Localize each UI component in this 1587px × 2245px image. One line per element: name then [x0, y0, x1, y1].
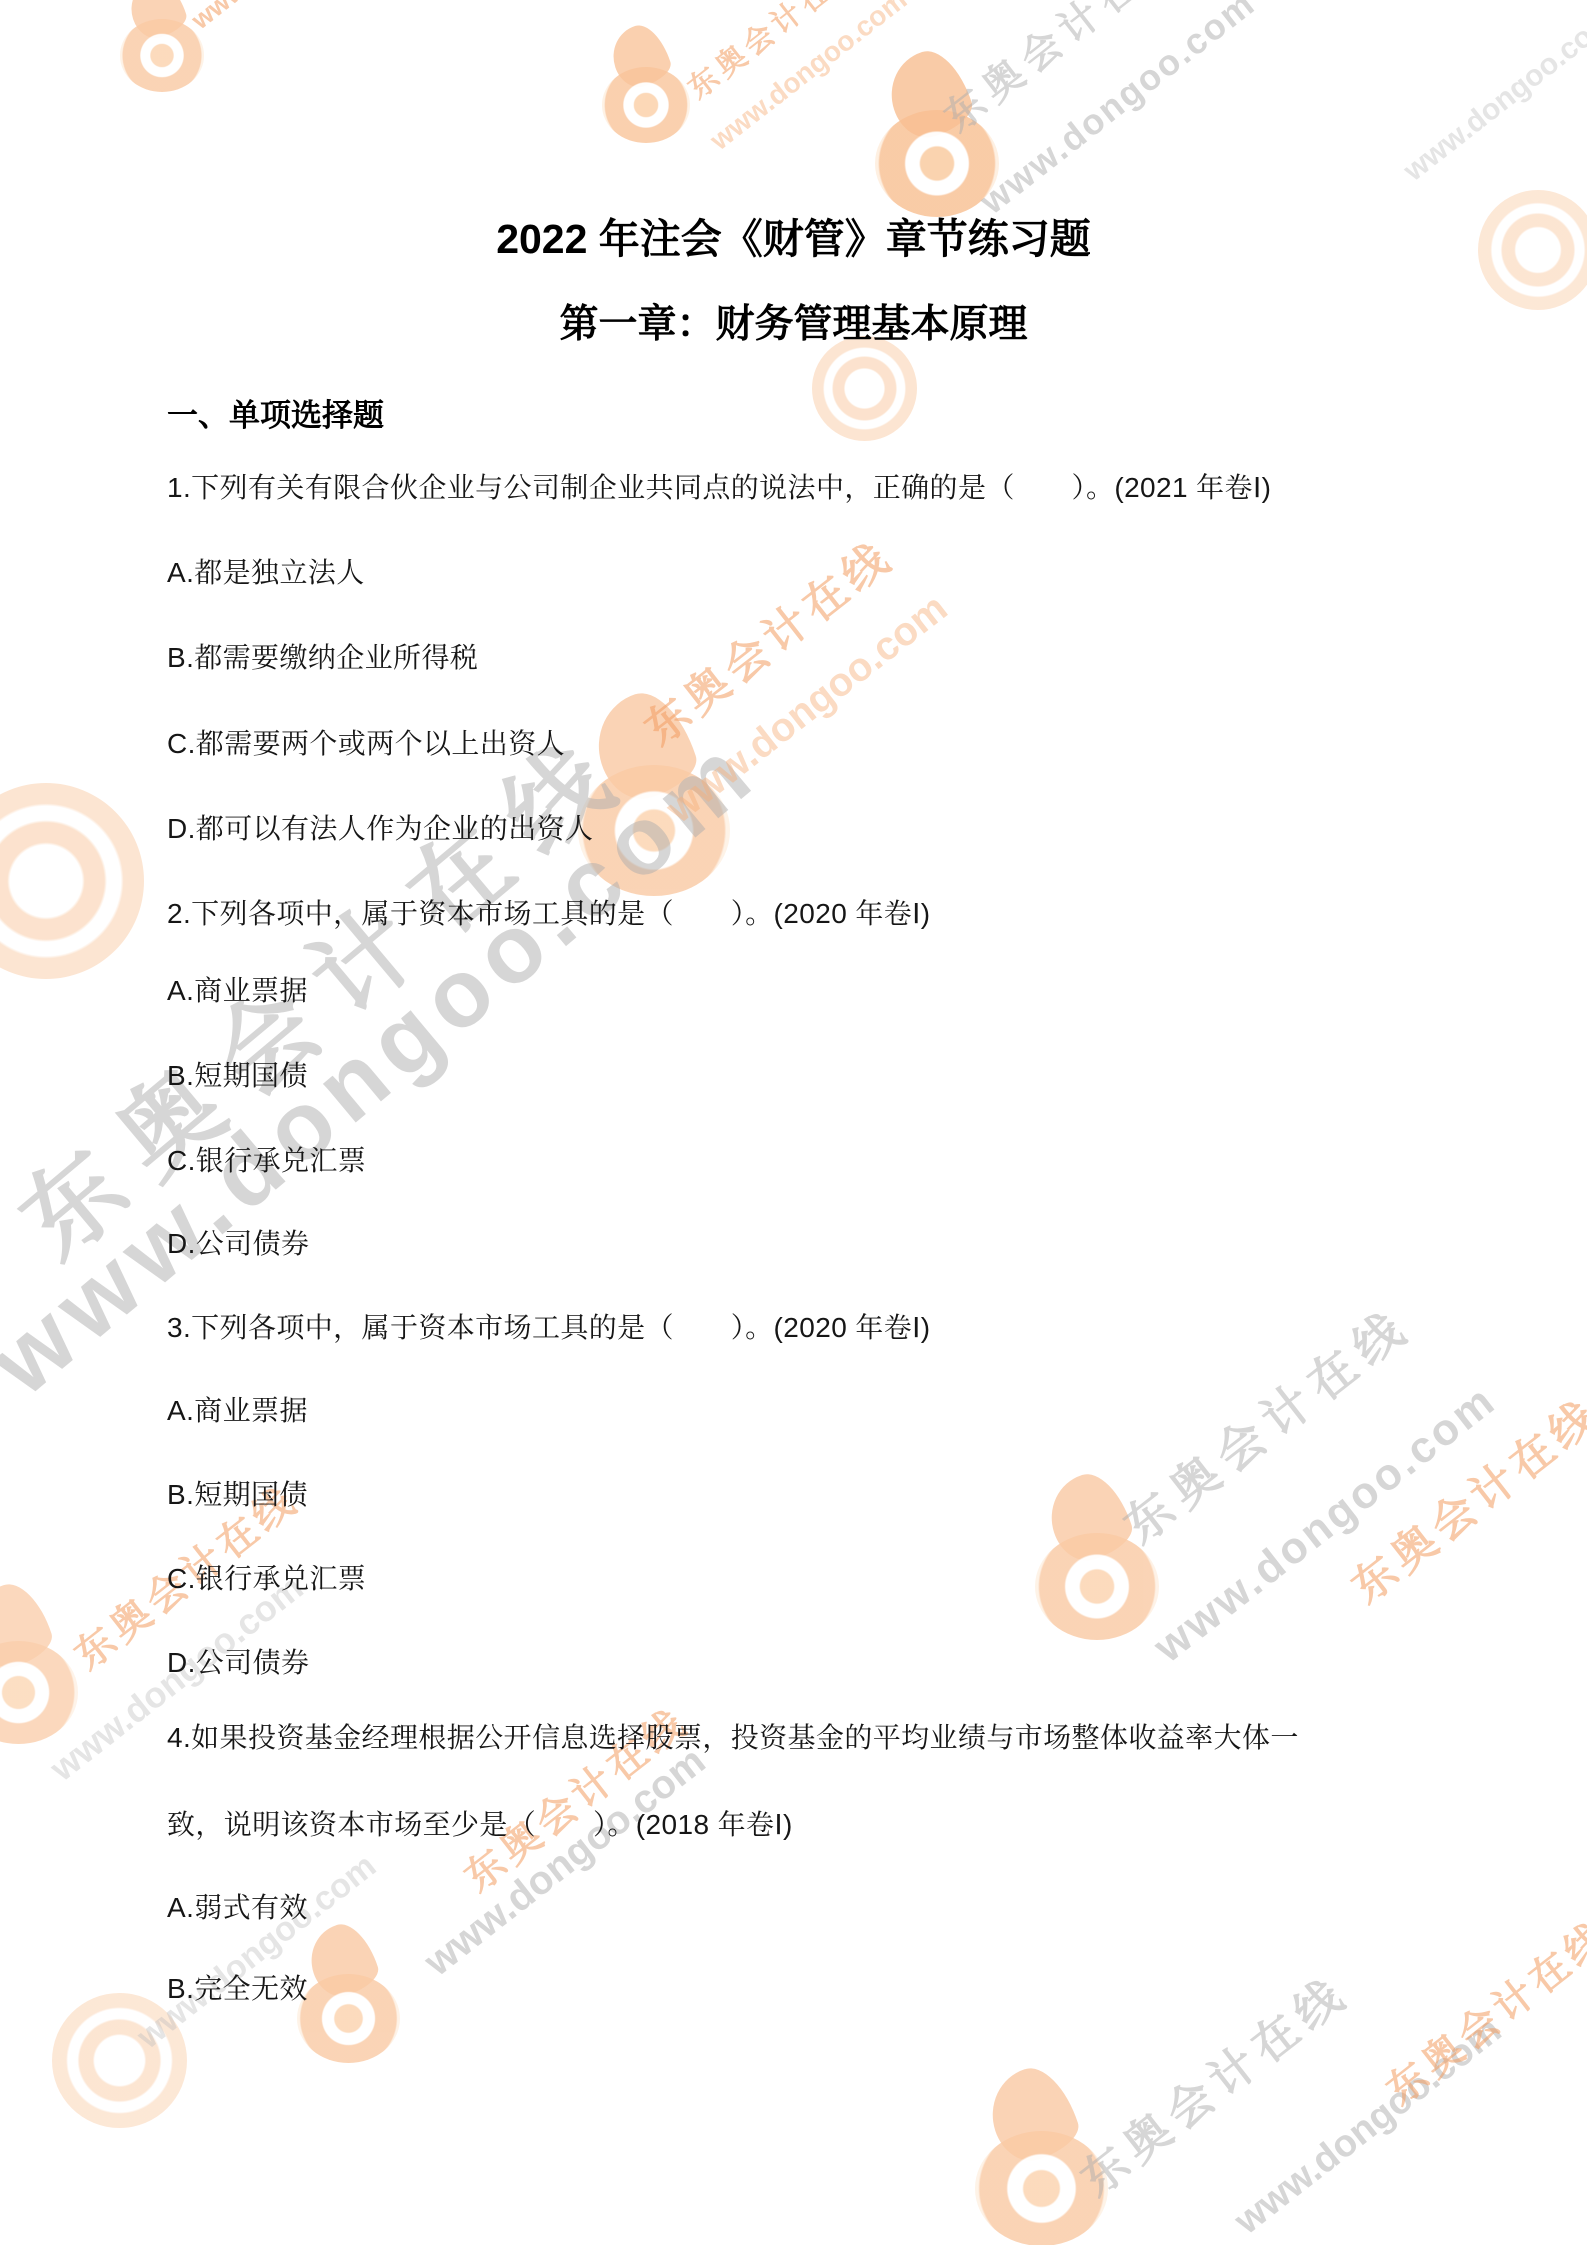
question-1-option-c: C.都需要两个或两个以上出资人 — [167, 722, 565, 762]
question-2-option-b: B.短期国债 — [167, 1054, 308, 1094]
dongao-logo-watermark — [295, 1928, 407, 2063]
section-heading: 一、单项选择题 — [167, 390, 384, 435]
exam-title: 2022 年注会《财管》章节练习题 — [0, 206, 1587, 265]
dongao-logo-watermark — [812, 336, 917, 441]
question-3-option-c: C.银行承兑汇票 — [167, 1557, 366, 1597]
question-2-option-c: C.银行承兑汇票 — [167, 1139, 366, 1179]
question-3-option-a: A.商业票据 — [167, 1389, 308, 1429]
dongao-logo-watermark — [600, 28, 696, 143]
document-page: www.dongoo.com 东奥会计在线 www.dongoo.com 东奥会… — [0, 0, 1587, 2245]
question-3-option-b: B.短期国债 — [167, 1473, 308, 1513]
watermark-brand-text: 东奥会计在线 — [1107, 1288, 1424, 1557]
chapter-heading: 第一章：财务管理基本原理 — [0, 293, 1587, 349]
dongao-logo-watermark — [0, 1588, 86, 1744]
question-1-option-d: D.都可以有法人作为企业的出资人 — [167, 807, 593, 847]
watermark-brand-text: 东奥会计在线 — [1372, 1905, 1587, 2116]
question-1-option-b: B.都需要缴纳企业所得税 — [167, 636, 478, 676]
question-1-stem: 1.下列有关有限合伙企业与公司制企业共同点的说法中，正确的是（ ）。(2021 … — [167, 466, 1271, 506]
question-4-option-b: B.完全无效 — [167, 1967, 308, 2007]
question-2-option-a: A.商业票据 — [167, 969, 308, 1009]
question-3-stem: 3.下列各项中，属于资本市场工具的是（ ）。(2020 年卷Ⅰ) — [167, 1306, 931, 1346]
question-2-option-d: D.公司债券 — [167, 1222, 309, 1262]
question-4-option-a: A.弱式有效 — [167, 1886, 308, 1926]
watermark-url-text: www.dongoo.com — [1398, 3, 1587, 188]
watermark-brand-text: 东奥会计在线 — [0, 689, 655, 1285]
question-4-stem-line-2: 致，说明该资本市场至少是（ ）。(2018 年卷Ⅰ) — [167, 1803, 793, 1843]
question-4-stem-line-1: 4.如果投资基金经理根据公开信息选择股票，投资基金的平均业绩与市场整体收益率大体… — [167, 1716, 1299, 1756]
watermark-url-text: www.dongoo.com — [185, 0, 380, 36]
dongao-logo-watermark — [0, 783, 144, 979]
question-1-option-a: A.都是独立法人 — [167, 551, 365, 591]
question-3-option-d: D.公司债券 — [167, 1641, 309, 1681]
question-2-stem: 2.下列各项中，属于资本市场工具的是（ ）。(2020 年卷Ⅰ) — [167, 892, 931, 932]
